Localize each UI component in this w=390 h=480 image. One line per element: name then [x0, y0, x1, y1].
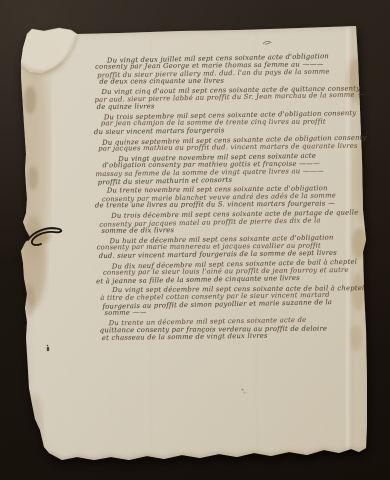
paper-grain-texture: [15, 20, 375, 470]
paper-surface-detail: [15, 20, 375, 470]
photo-background: Du vingt deux juillet mil sept cens soix…: [0, 0, 390, 480]
manuscript-page: [0, 0, 390, 480]
